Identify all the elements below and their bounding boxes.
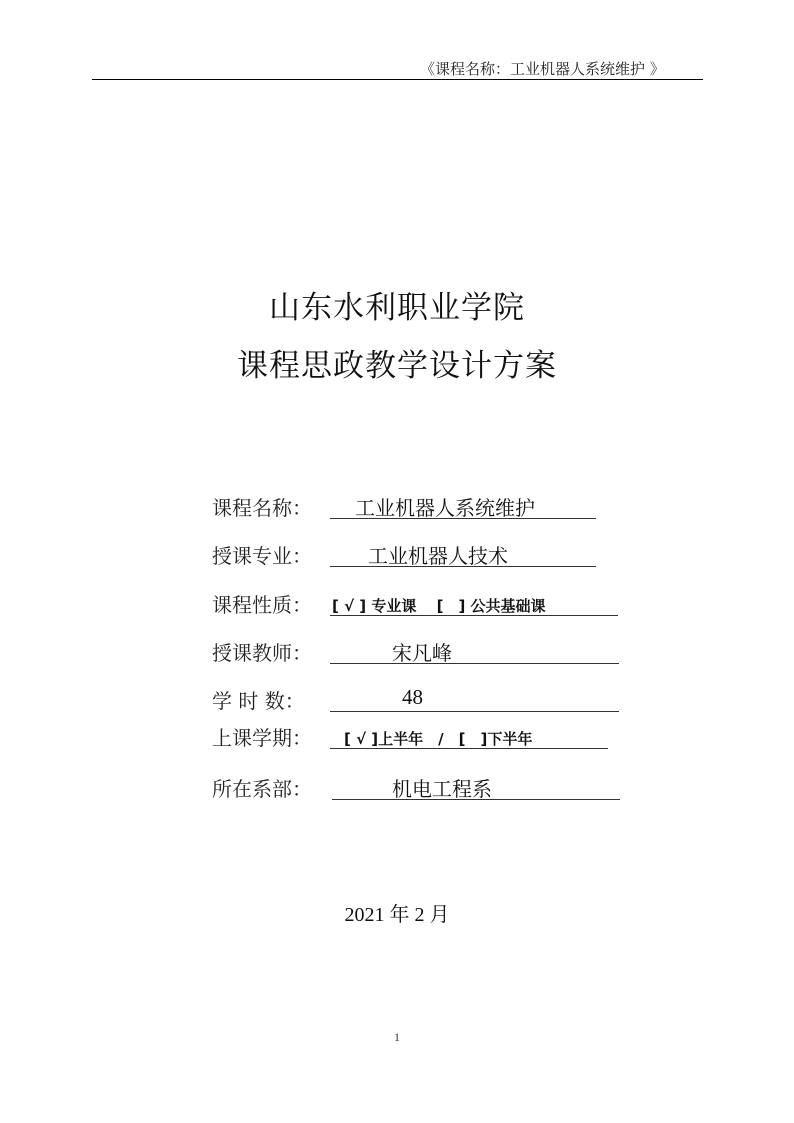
field-value: 宋凡峰: [392, 637, 452, 666]
field-label: 授课专业：: [212, 540, 312, 569]
running-header-text: 《课程名称：工业机器人系统维护 》: [420, 58, 665, 79]
document-date: 2021 年 2 月: [0, 898, 794, 927]
field-value: 工业机器人系统维护: [355, 492, 535, 521]
field-value-line: 机电工程系: [332, 773, 620, 800]
field-value: 48: [402, 685, 423, 710]
institution-title: 山东水利职业学院: [0, 282, 794, 327]
field-value-line: [ √ ]上半年 / [ ]下半年: [330, 722, 608, 749]
field-value: [ √ ]上半年 / [ ]下半年: [344, 728, 532, 749]
page-number: 1: [0, 1030, 794, 1045]
field-value-line: 工业机器人系统维护: [330, 492, 596, 519]
field-label: 课程名称：: [212, 492, 312, 521]
field-label: 课程性质：: [212, 589, 312, 618]
field-value-line: [ √ ] 专业课 [ ] 公共基础课: [330, 589, 618, 616]
field-value: [ √ ] 专业课 [ ] 公共基础课: [332, 595, 546, 616]
field-label: 所在系部：: [212, 773, 312, 802]
field-value: 机电工程系: [392, 773, 492, 802]
header-divider: [92, 79, 703, 80]
field-label: 授课教师：: [212, 637, 312, 666]
field-value-line: 工业机器人技术: [330, 540, 596, 567]
field-label: 上课学期：: [212, 722, 312, 751]
field-value: 工业机器人技术: [368, 540, 508, 569]
field-value-line: 宋凡峰: [330, 637, 619, 664]
document-title: 课程思政教学设计方案: [0, 340, 794, 385]
field-label: 学 时 数：: [212, 685, 305, 714]
field-value-line: 48: [330, 685, 619, 712]
